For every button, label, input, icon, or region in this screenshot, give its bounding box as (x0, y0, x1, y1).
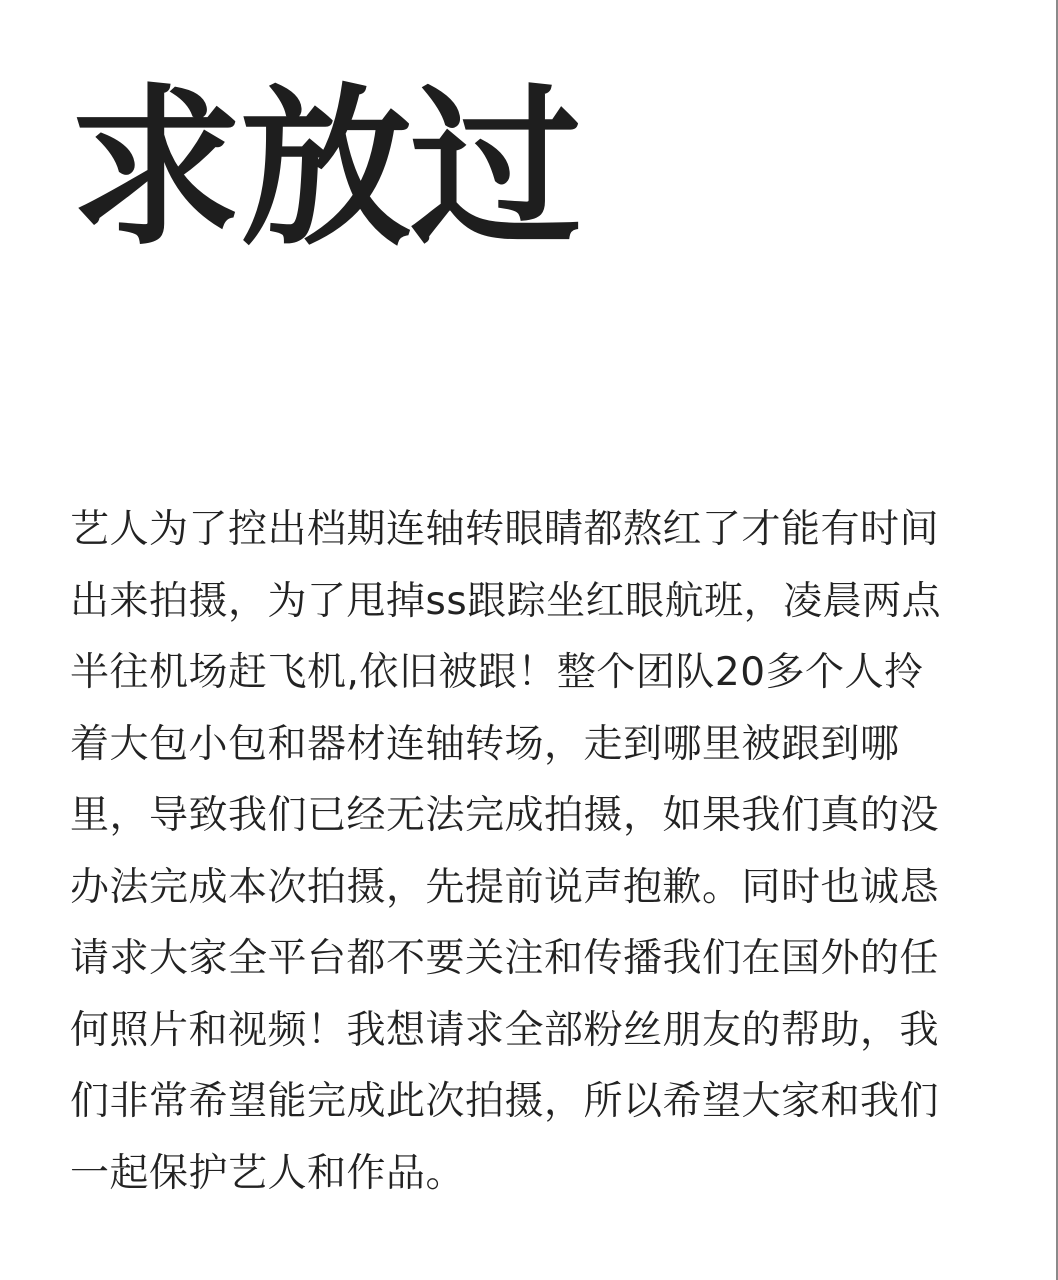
body-line: 半往机场赶飞机,依旧被跟！整个团队20多个人拎 (70, 637, 990, 709)
body-line: 何照片和视频！我想请求全部粉丝朋友的帮助，我 (70, 995, 990, 1067)
body-line: 着大包小包和器材连轴转场，走到哪里被跟到哪 (70, 709, 990, 781)
statement-body: 艺人为了控出档期连轴转眼睛都熬红了才能有时间 出来拍摄，为了甩掉ss跟踪坐红眼航… (70, 494, 990, 1209)
body-line: 出来拍摄，为了甩掉ss跟踪坐红眼航班，凌晨两点 (70, 566, 990, 638)
body-line: 一起保护艺人和作品。 (70, 1138, 990, 1210)
body-line: 们非常希望能完成此次拍摄，所以希望大家和我们 (70, 1066, 990, 1138)
statement-page: 求放过 艺人为了控出档期连轴转眼睛都熬红了才能有时间 出来拍摄，为了甩掉ss跟踪… (0, 0, 1056, 1280)
body-line: 请求大家全平台都不要关注和传播我们在国外的任 (70, 923, 990, 995)
body-line: 办法完成本次拍摄，先提前说声抱歉。同时也诚恳 (70, 852, 990, 924)
body-line: 艺人为了控出档期连轴转眼睛都熬红了才能有时间 (70, 494, 990, 566)
page-title: 求放过 (70, 64, 580, 274)
body-line: 里，导致我们已经无法完成拍摄，如果我们真的没 (70, 780, 990, 852)
